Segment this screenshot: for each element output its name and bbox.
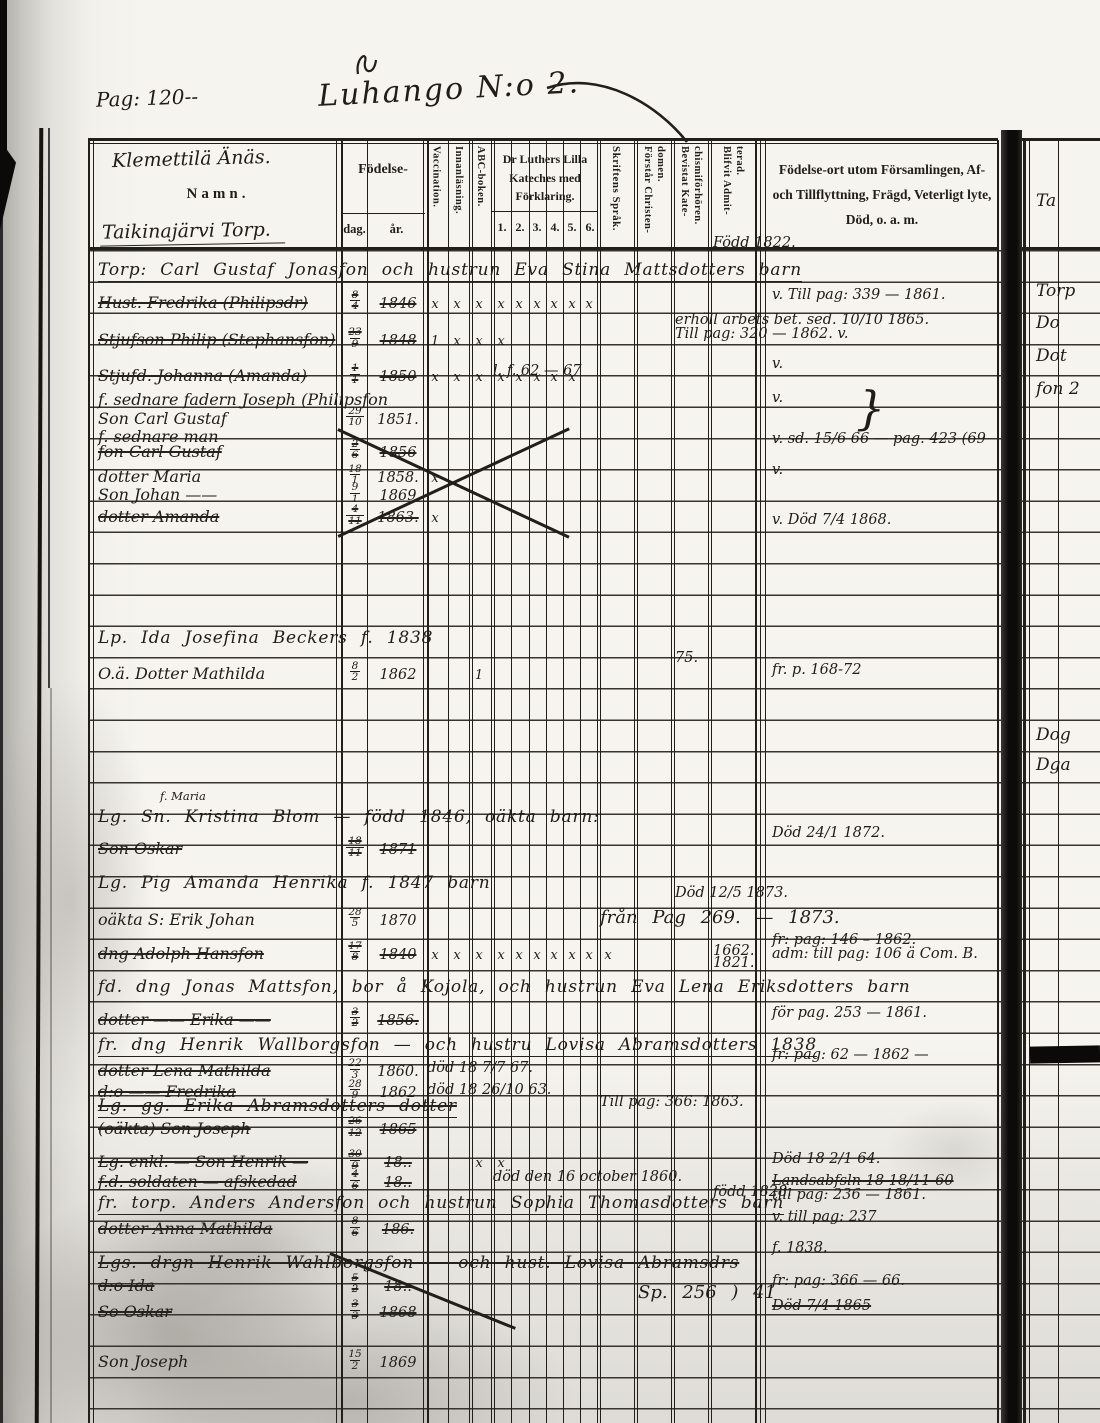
register-row: fr. dng Henrik Wallborgsfon — och hustru… (0, 1031, 1100, 1057)
grade-mark: x (448, 297, 466, 312)
note-annotation: född 1828. (713, 1184, 792, 1200)
grade-mark: x (448, 334, 466, 349)
person-name: Son Oskar (98, 839, 182, 858)
grade-mark: x (510, 297, 528, 312)
register-row: fr. torp. Anders Andersfon och hustrun S… (0, 1189, 1100, 1215)
register-row: fd. dng Jonas Mattsfon, bor å Kojola, oc… (0, 971, 1100, 997)
grid-hline (88, 247, 998, 250)
page-number-handwritten: Pag: 120-- (96, 84, 199, 112)
note-annotation: 1821. (713, 955, 755, 971)
birth-day: 178 (343, 941, 367, 963)
person-name: Lg. Pig Amanda Henrika f. 1847 barn (98, 873, 491, 893)
person-name: Lg. Sn. Kristina Blom — född 1846, oäkta… (98, 807, 600, 827)
scanner-edge (0, 0, 7, 160)
kateches-subcol-number: 3. (528, 220, 546, 235)
grade-mark: x (426, 297, 444, 312)
grade-mark: x (563, 948, 581, 963)
innanlasning-label: Innanläsning. (453, 146, 464, 246)
person-name: Hust. Fredrika (Philipsdr) (98, 293, 308, 312)
note-annotation: l. f. 62 — 67 (493, 363, 582, 379)
register-row: oäkta S: Erik Johan2851870 (0, 903, 1100, 929)
birth-day: 239 (343, 327, 367, 349)
page-edge-line (50, 688, 52, 1423)
column-header-skriftens: Skriftens Språk. (597, 146, 635, 246)
column-header-vaccination: Vaccination. (424, 146, 448, 246)
person-name: d:o Ida (98, 1276, 154, 1295)
forstar-label-line2: domen. (655, 146, 666, 246)
next-page-fragment: Dot (1036, 346, 1067, 366)
birth-year: 1846 (371, 296, 425, 312)
grade-mark: x (492, 297, 510, 312)
grade-mark: x (510, 948, 528, 963)
birth-year: 1868 (371, 1305, 425, 1321)
note-annotation: Död 24/1 1872. (772, 825, 885, 841)
note-annotation: fr: pag: 62 — 1862 — (772, 1047, 929, 1063)
note-annotation: } (856, 381, 885, 435)
register-row: Stjufson Philip (Stephansfon)23918481xxx (0, 323, 1100, 349)
next-page-fragment: Torp (1036, 281, 1075, 301)
register-row: Lg. Sn. Kristina Blom — född 1846, oäkta… (0, 801, 1100, 827)
note-annotation: v. sd. 15/6 66 — pag. 423 (69 (772, 431, 986, 447)
grade-mark: x (580, 297, 598, 312)
next-page-fragment: Dga (1036, 755, 1071, 775)
register-row: (oäkta) Son Joseph26121865 (0, 1112, 1100, 1138)
birth-year: 1848 (371, 333, 425, 349)
column-header-notes: Födelse-ort utom Församlingen, Af- och T… (768, 158, 996, 233)
note-annotation: f. 1838. (772, 1240, 828, 1256)
register-row: Torp: Carl Gustaf Jonasfon och hustrun E… (0, 256, 1100, 282)
page-gutter-shadow (1001, 130, 1022, 1423)
person-name: dng Adolph Hansfon (98, 944, 264, 963)
column-header-fodelse: Födelse- (341, 162, 425, 178)
column-header-bevistat: Bevistat Kate- chismiförhören. (673, 146, 709, 246)
grid-hline (1022, 247, 1100, 250)
grid-hline (341, 213, 425, 214)
birth-year: 1862 (371, 667, 425, 683)
admitterad-label-line2: terad. (734, 146, 745, 246)
birth-year: 1865 (371, 1122, 425, 1138)
person-name: Son Joseph (98, 1352, 188, 1371)
grade-mark: x (426, 511, 444, 526)
column-header-abc-boken: ABC-boken. (469, 146, 492, 246)
birth-day: 1811 (343, 836, 367, 858)
birth-year: 1871 (371, 842, 425, 858)
note-annotation: död den 16 october 1860. (493, 1169, 682, 1185)
grade-mark: x (563, 297, 581, 312)
person-name: fd. dng Jonas Mattsfon, bor å Kojola, oc… (98, 977, 911, 997)
note-annotation: Död 7/4 1865 (772, 1298, 871, 1314)
person-name: oäkta S: Erik Johan (98, 910, 255, 929)
next-page-fragment: Dog (1036, 725, 1071, 745)
note-annotation: till pag: 236 — 1861. (772, 1187, 926, 1203)
register-row: dotter Amanda4111863.x (0, 500, 1100, 526)
admitterad-label-line1: Blifvit Admit- (721, 146, 732, 246)
note-annotation: Död 18 2/1 64. (772, 1151, 880, 1167)
estate-annotation-handwritten: Klemettilä Änäs. (112, 146, 271, 172)
scanned-parish-register-page: Pag: 120-- Luhango N:o 2. Klemettilä Änä… (0, 0, 1100, 1423)
grade-mark: x (545, 948, 563, 963)
birth-day: 152 (343, 1349, 367, 1371)
grade-mark: x (470, 948, 488, 963)
note-annotation: fr. p. 168-72 (772, 662, 861, 678)
note-annotation: v. (772, 462, 783, 478)
register-row: So Oskar331868 (0, 1295, 1100, 1321)
note-annotation: från Pag 269. — 1873. (600, 907, 840, 928)
grade-mark: x (492, 334, 510, 349)
grade-mark: x (580, 948, 598, 963)
note-annotation: Död 12/5 1873. (675, 885, 788, 901)
column-header-kateches: Dr Luthers Lilla Kateches med Förklaring… (493, 150, 597, 206)
ink-mark (352, 48, 382, 80)
person-name: Lp. Ida Josefina Beckers f. 1838 (98, 628, 433, 648)
grid-hline (88, 138, 998, 141)
grade-mark: x (426, 948, 444, 963)
grid-hline (88, 143, 998, 144)
person-name: fon Carl Gustaf (98, 442, 222, 461)
note-annotation: v. (772, 356, 783, 372)
grade-mark: x (448, 948, 466, 963)
grade-mark: x (470, 297, 488, 312)
note-annotation: v. (772, 390, 783, 406)
column-header-forstar: Förstår Christen- domen. (636, 146, 672, 246)
kateches-subcol-number: 4. (546, 220, 564, 235)
kateches-subcol-number: 5. (563, 220, 581, 235)
note-annotation: död 18 7/7 67. (427, 1060, 533, 1076)
birth-day: 33 (343, 1299, 367, 1321)
note-annotation: Till pag: 366: 1863. (600, 1094, 744, 1110)
note-annotation: Född 1822. (713, 235, 796, 251)
forstar-label-line1: Förstår Christen- (642, 146, 653, 246)
next-page-fragment: Ta (1036, 191, 1056, 211)
page-edge-line (48, 128, 50, 688)
birth-day: 285 (343, 907, 367, 929)
person-name: So Oskar (98, 1302, 172, 1321)
birth-year: 1869 (371, 1355, 425, 1371)
grade-mark: x (492, 948, 510, 963)
grade-mark: x (470, 334, 488, 349)
note-annotation: död 18 26/10 63. (427, 1082, 551, 1098)
bevistat-label-line1: Bevistat Kate- (679, 146, 690, 246)
kateches-subcol-number: 1. (493, 220, 511, 235)
grade-mark: x (545, 297, 563, 312)
person-name: Stjufson Philip (Stephansfon) (98, 330, 335, 349)
register-row: dotter —— Erika ——321856. (0, 1003, 1100, 1029)
scanner-edge (0, 150, 3, 1423)
note-annotation: f. Maria (160, 789, 206, 803)
column-header-ar: år. (368, 222, 425, 237)
skriftens-label: Skriftens Språk. (610, 146, 622, 246)
note-annotation: v. Död 7/4 1868. (772, 512, 891, 528)
note-annotation: fr: pag: 366 — 66. (772, 1273, 905, 1289)
birth-year: 1870 (371, 913, 425, 929)
register-row: d:o Ida5218.. (0, 1269, 1100, 1295)
note-annotation: Sp. 256 ) 41 (638, 1282, 776, 1303)
next-page-fragment: fon 2 (1036, 379, 1080, 399)
note-annotation: Till pag: 320 — 1862. v. (675, 326, 849, 342)
register-row: dotter Anna Mathilda86186. (0, 1212, 1100, 1238)
birth-day: 86 (343, 1216, 367, 1238)
note-annotation: v. till pag: 237 (772, 1209, 876, 1225)
person-name: (oäkta) Son Joseph (98, 1119, 251, 1138)
person-name: Torp: Carl Gustaf Jonasfon och hustrun E… (98, 260, 802, 282)
vaccination-label: Vaccination. (431, 146, 442, 246)
register-row: O.ä. Dotter Mathilda8218621 (0, 657, 1100, 683)
next-page-fragment: Do (1036, 313, 1060, 333)
kateches-subcol-number: 2. (511, 220, 529, 235)
note-annotation: 75. (675, 650, 698, 666)
register-row: Lg. Pig Amanda Henrika f. 1847 barn (0, 867, 1100, 893)
birth-year: 1840 (371, 947, 425, 963)
grade-mark: 1 (426, 334, 444, 349)
note-annotation: för pag. 253 — 1861. (772, 1005, 927, 1021)
birth-day: 82 (343, 661, 367, 683)
column-header-innanlasning: Innanläsning. (447, 146, 470, 246)
grade-mark: x (599, 948, 617, 963)
birth-day: 84 (343, 290, 367, 312)
register-row: Son Oskar18111871 (0, 832, 1100, 858)
birth-day: 32 (343, 1007, 367, 1029)
bevistat-label-line2: chismiförhören. (692, 146, 703, 246)
birth-year: 1856. (371, 1013, 425, 1029)
person-name: dotter Amanda (98, 507, 219, 526)
grade-mark: x (528, 948, 546, 963)
birth-year: 186. (371, 1222, 425, 1238)
abc-boken-label: ABC-boken. (475, 146, 486, 246)
grade-mark: 1 (470, 668, 488, 683)
person-name: dotter Anna Mathilda (98, 1219, 272, 1238)
column-header-dag: dag. (341, 222, 368, 237)
register-row: Lp. Ida Josefina Beckers f. 1838 (0, 622, 1100, 648)
column-header-namn: Namn. (98, 186, 338, 203)
person-name: dotter —— Erika —— (98, 1010, 271, 1029)
note-annotation: adm: till pag: 106 ä Com. B. (772, 946, 978, 962)
birth-day: 2612 (343, 1116, 367, 1138)
scan-blot (1030, 1045, 1100, 1063)
grid-hline (492, 211, 597, 212)
grade-mark: x (528, 297, 546, 312)
birth-day: 52 (343, 1273, 367, 1295)
grid-hline (1022, 138, 1100, 141)
register-row: Son Joseph1521869 (0, 1345, 1100, 1371)
section-heading-handwritten: Taikinajärvi Torp. (100, 218, 285, 246)
person-name: O.ä. Dotter Mathilda (98, 664, 265, 683)
column-header-admitterad: Blifvit Admit- terad. (711, 146, 755, 246)
note-annotation: v. Till pag: 339 — 1861. (772, 287, 946, 303)
